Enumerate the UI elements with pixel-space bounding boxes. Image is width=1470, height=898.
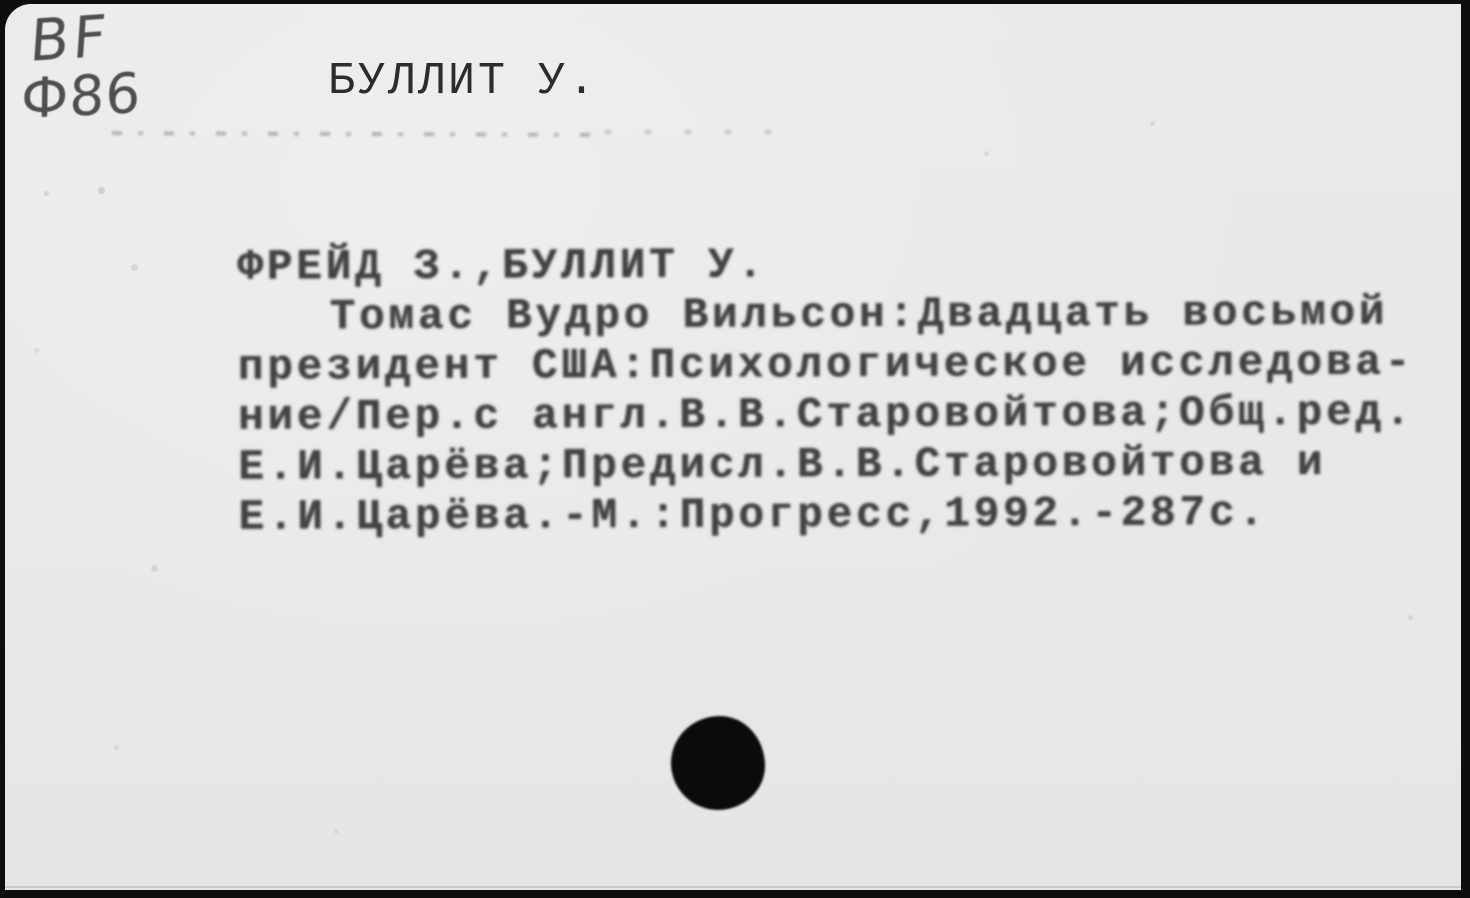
call-number-cutter: Ф86 <box>21 61 142 131</box>
faded-dotted-smudge <box>112 131 592 137</box>
scan-bottom-light-line <box>5 886 1461 888</box>
stamp-line-authors: ФРЕЙД З.,БУЛЛИТ У. <box>237 237 1470 292</box>
stamp-line-title-1: Томас Вудро Вильсон:Двадцать восьмой <box>330 287 1470 342</box>
scan-noise-specks <box>5 4 8 7</box>
card-heading-author: БУЛЛИТ У. <box>328 56 598 107</box>
stamp-line-imprint-1: ние/Пер.с англ.В.В.Старовойтова;Общ.ред. <box>238 387 1470 442</box>
stamp-line-title-2: президент США:Психологическое исследова- <box>238 337 1470 392</box>
catalog-card: BF Ф86 БУЛЛИТ У. ФРЕЙД З.,БУЛЛИТ У. Тома… <box>5 4 1461 890</box>
scanned-catalog-card-page: BF Ф86 БУЛЛИТ У. ФРЕЙД З.,БУЛЛИТ У. Тома… <box>0 0 1470 898</box>
ink-blot-dot <box>671 716 765 810</box>
stamp-line-imprint-2: Е.И.Царёва;Предисл.В.В.Старовойтова и <box>238 437 1470 492</box>
stamp-line-imprint-3: Е.И.Царёва.-М.:Прогресс,1992.-287с. <box>238 487 1470 542</box>
faded-dotted-smudge-right <box>605 130 775 134</box>
bibliographic-stamp-block: ФРЕЙД З.,БУЛЛИТ У. Томас Вудро Вильсон:Д… <box>237 237 1470 542</box>
